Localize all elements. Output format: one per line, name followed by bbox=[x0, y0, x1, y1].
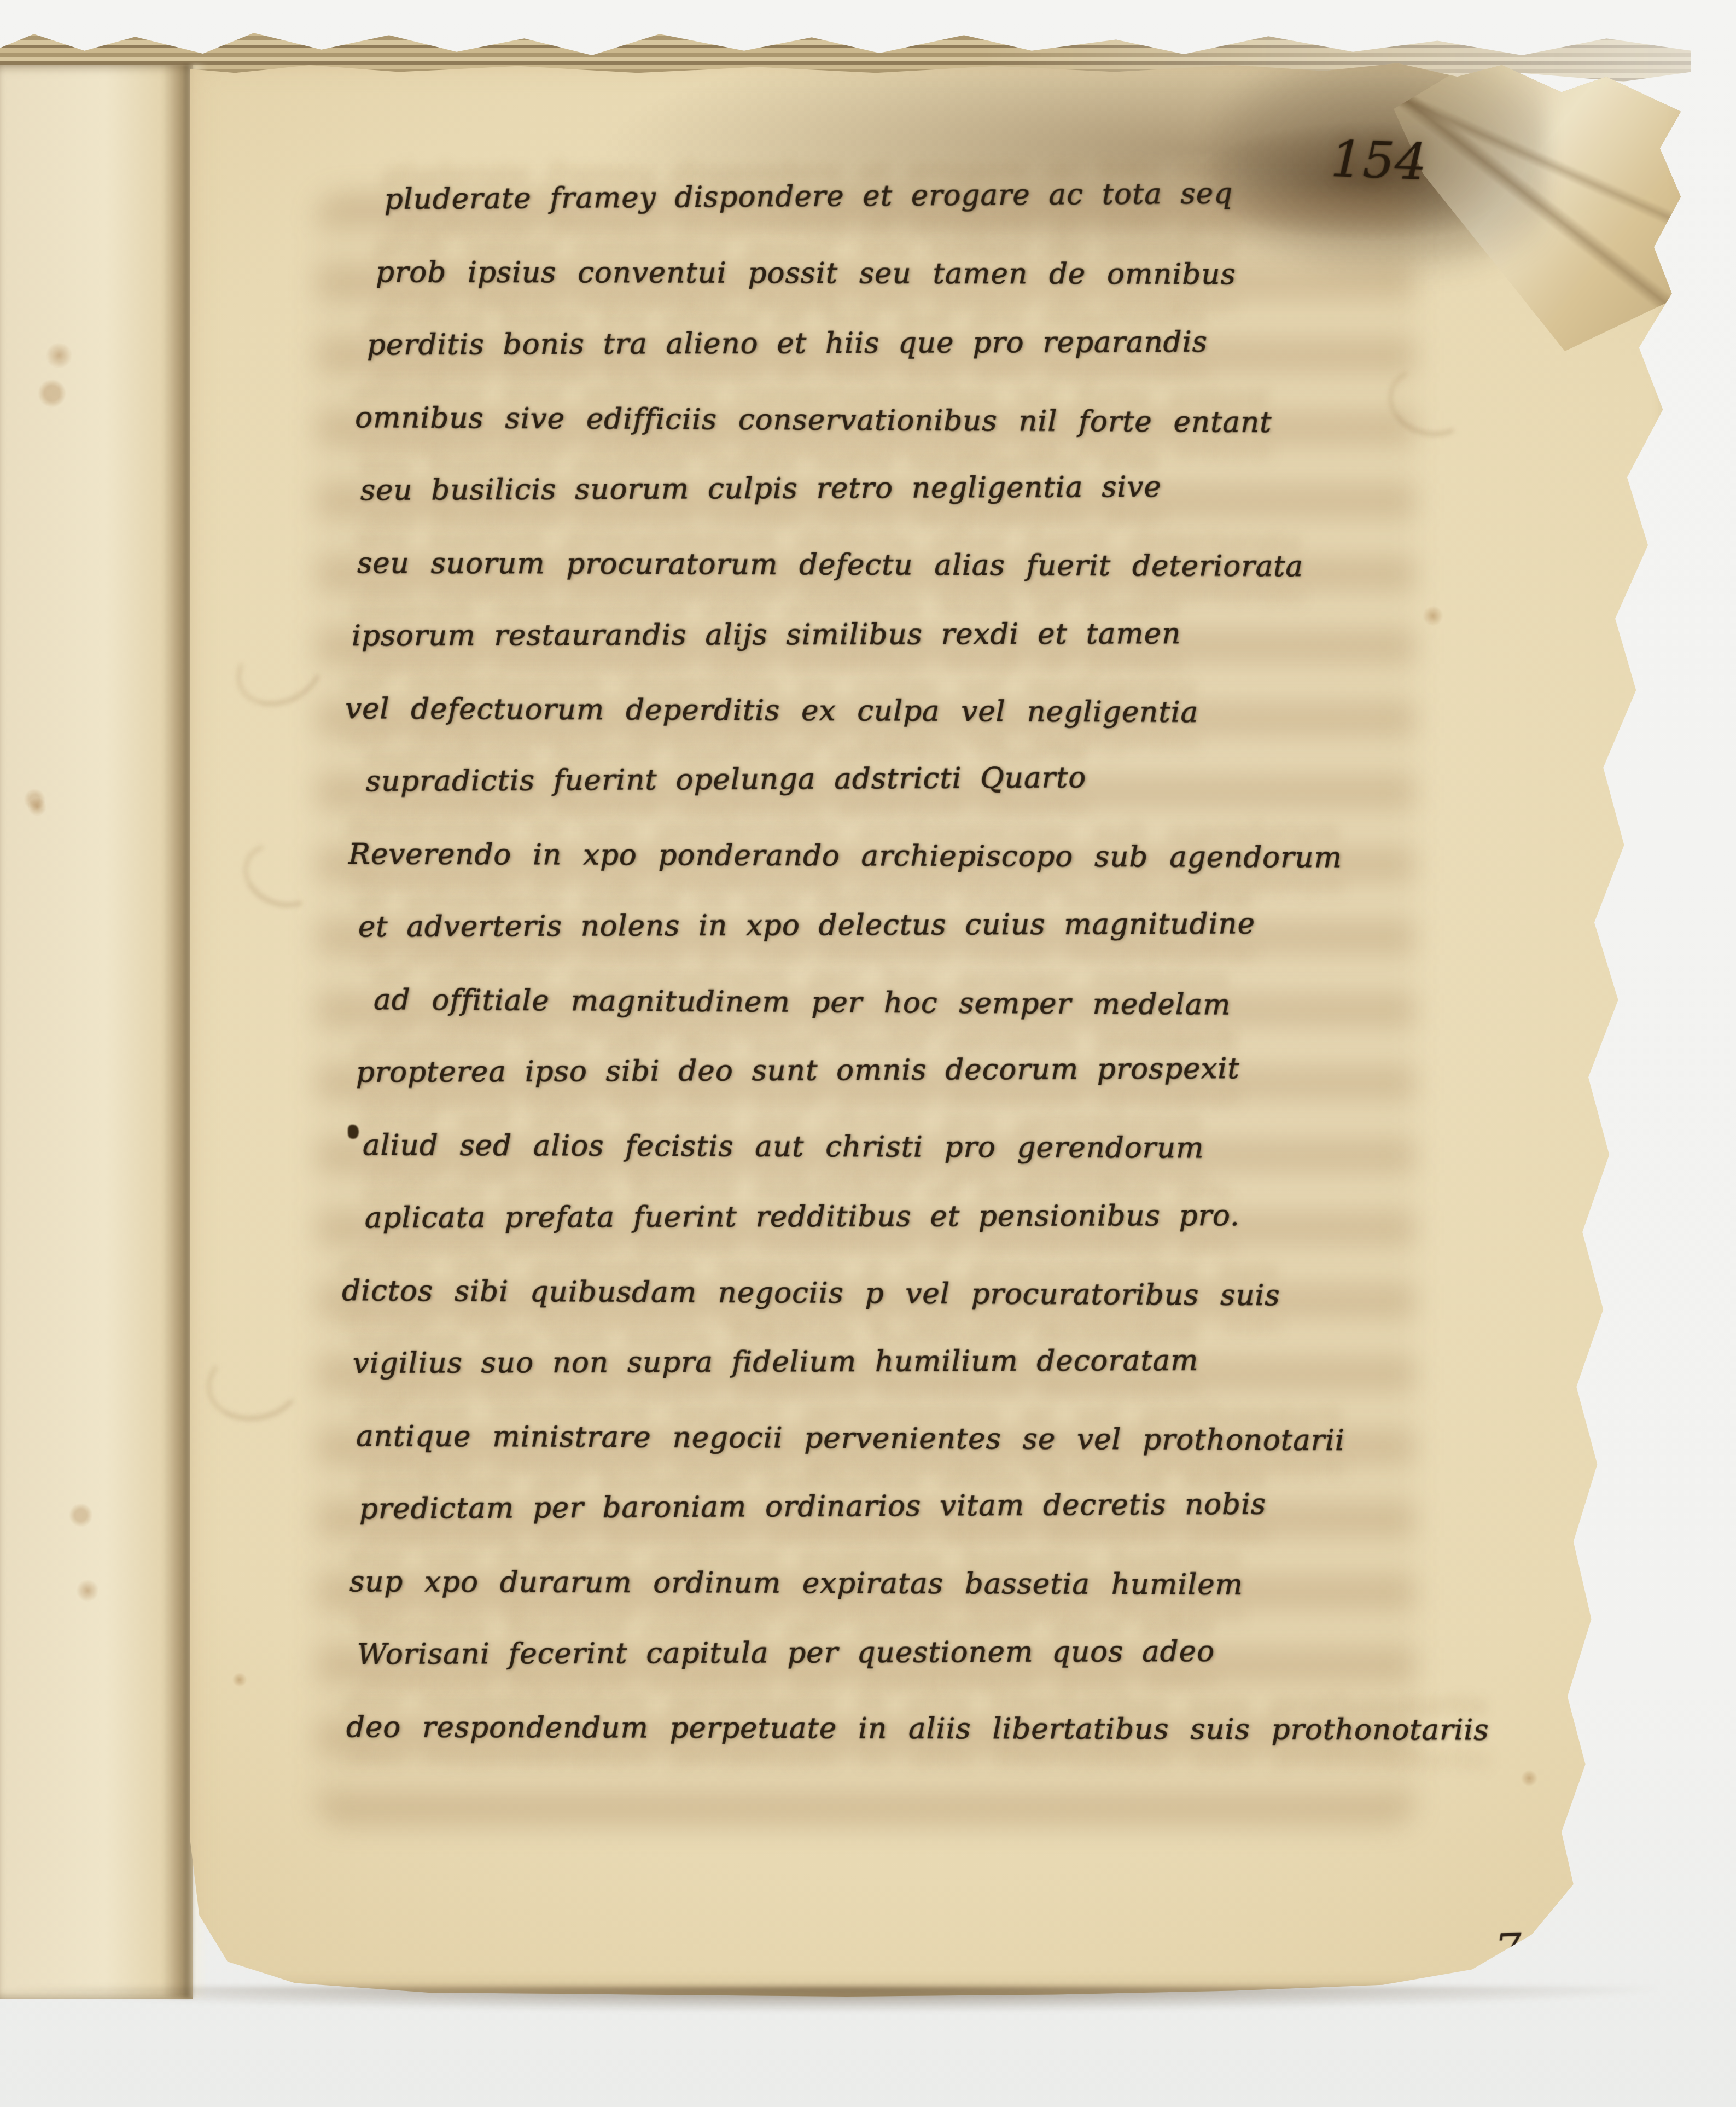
manuscript-line: et adverteris nolens in xpo delectus cui… bbox=[358, 906, 1424, 983]
page-number: 7 bbox=[1494, 1925, 1523, 1975]
manuscript-line: antique ministrare negocii pervenientes … bbox=[356, 1419, 1424, 1497]
manuscript-page: 154 pluderate framey dispondere et eroga… bbox=[190, 61, 1681, 1997]
manuscript-line: sup xpo durarum ordinum expiratas basset… bbox=[349, 1565, 1424, 1642]
fox-spot bbox=[1521, 1770, 1538, 1786]
manuscript-line: supradictis fuerint opelunga adstricti Q… bbox=[366, 759, 1424, 837]
fox-spot bbox=[75, 1580, 100, 1602]
manuscript-scan: 154 pluderate framey dispondere et eroga… bbox=[0, 0, 1736, 2107]
manuscript-line: vigilius suo non supra fidelium humilium… bbox=[353, 1343, 1424, 1419]
text-block: pluderate framey dispondere et erogare a… bbox=[352, 183, 1424, 1783]
manuscript-line: seu suorum procuratorum defectu alias fu… bbox=[357, 546, 1424, 623]
manuscript-line: seu busilicis suorum culpis retro neglig… bbox=[360, 469, 1424, 546]
ink-speck bbox=[348, 1125, 359, 1139]
manuscript-line: dictos sibi quibusdam negociis p vel pro… bbox=[342, 1274, 1424, 1352]
fox-spot bbox=[45, 343, 73, 368]
manuscript-line: aliud sed alios fecistis aut christi pro… bbox=[363, 1128, 1424, 1205]
showthrough-flourish bbox=[201, 1339, 308, 1428]
fox-spot bbox=[27, 798, 47, 816]
manuscript-line: prob ipsius conventui possit seu tamen d… bbox=[376, 255, 1424, 331]
page-bottom-shadow bbox=[16, 1987, 1657, 2012]
manuscript-line: omnibus sive edifficiis conservationibus… bbox=[355, 401, 1424, 479]
manuscript-line: pluderate framey dispondere et erogare a… bbox=[385, 176, 1424, 255]
manuscript-line: Worisani fecerint capitula per questione… bbox=[357, 1634, 1424, 1710]
showthrough-flourish bbox=[235, 832, 330, 917]
manuscript-line: vel defectuorum deperditis ex culpa vel … bbox=[345, 692, 1424, 770]
manuscript-line: ipsorum restaurandis alijs similibus rex… bbox=[352, 616, 1424, 692]
manuscript-line: propterea ipso sibi deo sunt omnis decor… bbox=[356, 1051, 1424, 1128]
manuscript-line: perditis bonis tra alieno et hiis que pr… bbox=[367, 324, 1424, 401]
manuscript-line: predictam per baroniam ordinarios vitam … bbox=[359, 1487, 1424, 1565]
manuscript-line: Reverendo in xpo ponderando archiepiscop… bbox=[348, 837, 1424, 914]
manuscript-line: ad offitiale magnitudinem per hoc semper… bbox=[374, 983, 1424, 1062]
fox-spot bbox=[232, 1673, 247, 1687]
manuscript-line: aplicata prefata fuerint redditibus et p… bbox=[365, 1198, 1424, 1274]
manuscript-line: deo respondendum perpetuate in aliis lib… bbox=[346, 1710, 1424, 1786]
fox-spot bbox=[1422, 606, 1444, 626]
